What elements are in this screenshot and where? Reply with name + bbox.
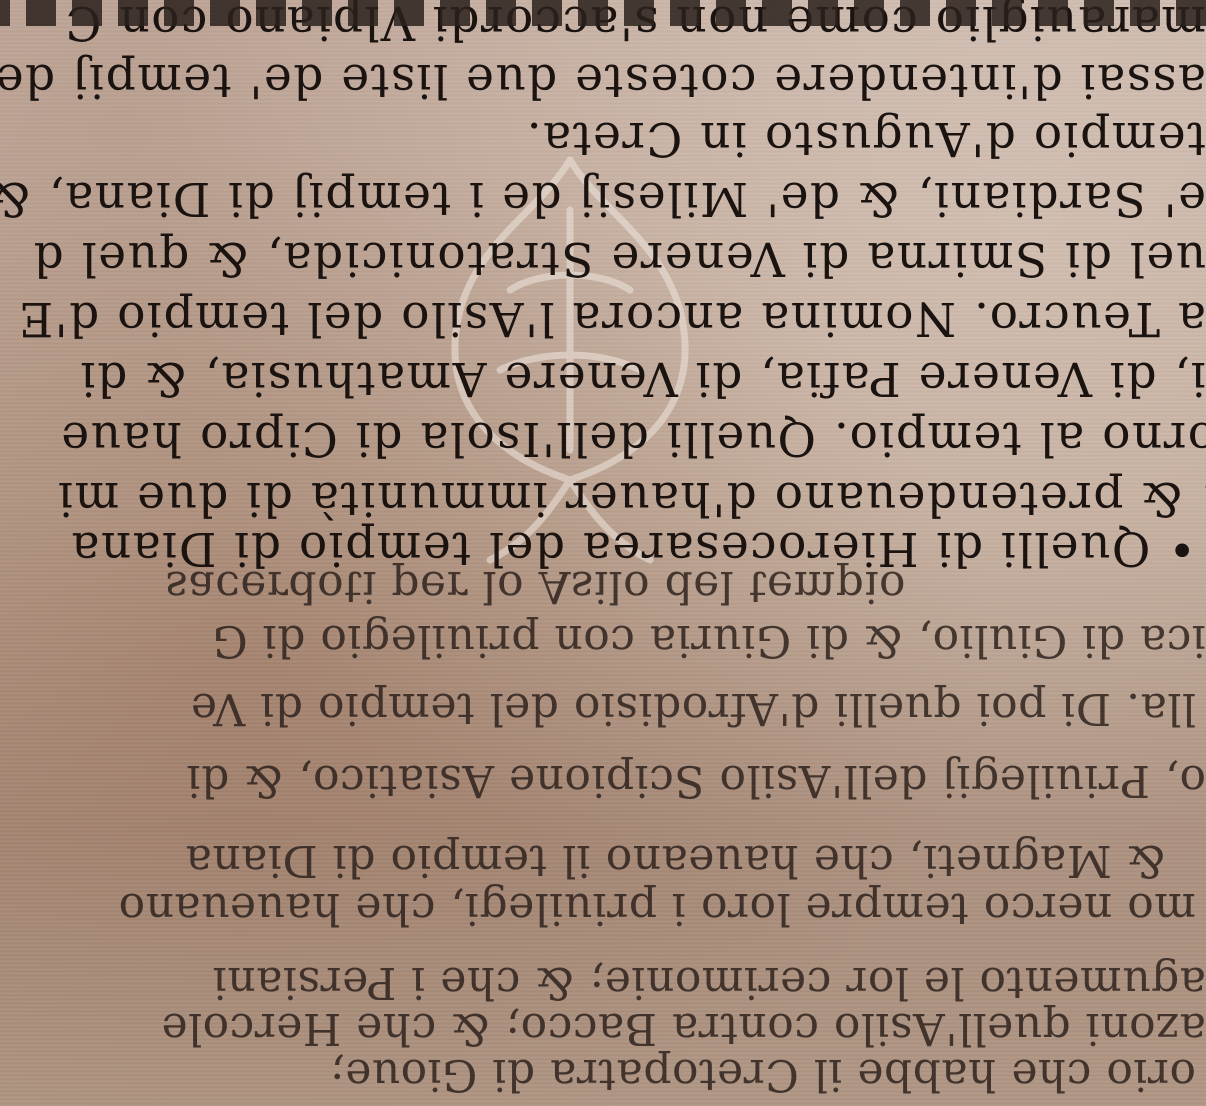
bleed-line: agumento le lor cerimonie; & che i Persi…: [212, 957, 1206, 1008]
bleed-line: azoni quell'Asilo contra Bacco; & che He…: [161, 1003, 1206, 1054]
bleed-line: o, Priuilegij dell'Asilo Scipione Asiati…: [186, 755, 1206, 806]
upside-down-text-block: orio che habbe il Cretopatra di Gioue; a…: [0, 0, 1206, 1106]
document-page: orio che habbe il Cretopatra di Gioue; a…: [0, 0, 1206, 1106]
text-line: a Teucro. Nomina ancora l'Asilo del temp…: [17, 291, 1206, 346]
bleed-line: & Magneti, che haueano il tempio di Dian…: [185, 835, 1166, 886]
bleed-line: orio che habbe il Cretopatra di Gioue;: [329, 1049, 1196, 1100]
text-line: e' Sardiani, & de' Milesij de i tempij d…: [0, 171, 1206, 226]
bleed-line: ica di Giulio, & di Giuria con priuilegi…: [212, 615, 1206, 666]
text-line: assai d'intendere coteste due liste de' …: [0, 53, 1206, 108]
text-line: tempio d'Augusto in Creta.: [525, 111, 1206, 166]
text-line: , & pretendeuano d'hauer immunità di due…: [57, 471, 1206, 526]
text-line: • Quelli di Hierocesarea del tempio di D…: [70, 521, 1196, 576]
text-line: uel di Smirna di Venere Stratonicida, & …: [32, 231, 1206, 286]
text-line: i, di Venere Pafia, di Venere Amathusia,…: [79, 351, 1206, 406]
decorative-border: [0, 0, 1206, 26]
text-line: orno al tempio. Quelli dell'Isola di Cip…: [60, 411, 1206, 466]
bleed-line: mo nerco tempre loro i priuilegi, che ha…: [118, 883, 1196, 934]
bleed-line: lla. Di poi quelli d'Afrodisio del tempi…: [190, 683, 1196, 734]
